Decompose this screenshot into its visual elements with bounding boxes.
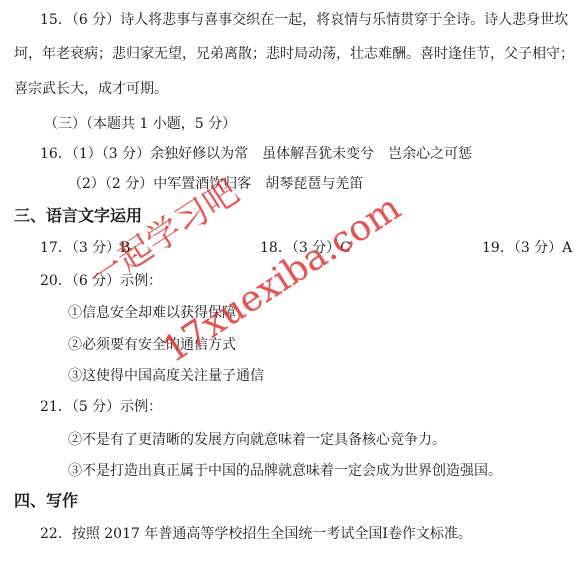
q20-label: 20．（6 分）示例： bbox=[40, 272, 162, 290]
q21-label: 21．（5 分）示例： bbox=[40, 398, 162, 416]
q21-item-2: ③不是打造出真正属于中国的品牌就意味着一定会成为世界创造强国。 bbox=[68, 462, 502, 480]
q18-answer: 18．（3 分）C bbox=[260, 239, 351, 257]
q16-part2-label: （2）（2 分） bbox=[68, 176, 153, 192]
q16-part1-answer-a: 余独好修以为常 bbox=[150, 146, 248, 162]
q21-item-1: ②不是有了更清晰的发展方向就意味着一定具备核心竞争力。 bbox=[68, 431, 446, 449]
q16-part1-label: 16．（1）（3 分） bbox=[40, 146, 150, 162]
q15-line-2: 坷，年老衰病；悲归家无望，兄弟离散；悲时局动荡，壮志难酬。喜时逢佳节，父子相守； bbox=[14, 45, 574, 63]
section3-title: 三、语言文字运用 bbox=[14, 206, 142, 226]
q16-part1-answer-b: 虽体解吾犹未变兮 bbox=[262, 146, 374, 162]
q16-part1: 16．（1）（3 分）余独好修以为常虽体解吾犹未变兮岂余心之可惩 bbox=[40, 145, 472, 163]
q20-item-2: ②必须要有安全的通信方式 bbox=[68, 336, 236, 354]
q16-part2-answer-b: 胡琴琵琶与羌笛 bbox=[265, 176, 363, 192]
q15-line-3: 喜宗武长大，成才可期。 bbox=[14, 80, 168, 98]
q16-part2-answer-a: 中军置酒饮归客 bbox=[153, 176, 251, 192]
section4-title: 四、写作 bbox=[14, 491, 78, 511]
q20-item-3: ③这使得中国高度关注量子通信 bbox=[68, 367, 264, 385]
q20-item-1: ①信息安全却难以获得保障 bbox=[68, 304, 236, 322]
q15-line-1: 15．（6 分）诗人将悲事与喜事交织在一起，将哀情与乐情贯穿于全诗。诗人悲身世坎 bbox=[40, 11, 568, 29]
q16-part1-answer-c: 岂余心之可惩 bbox=[388, 146, 472, 162]
q19-answer: 19．（3 分）A bbox=[482, 239, 572, 257]
q22-answer: 22．按照 2017 年普通高等学校招生全国统一考试全国Ⅰ卷作文标准。 bbox=[40, 525, 472, 543]
part3-heading: （三）（本题共 1 小题，5 分） bbox=[44, 115, 236, 133]
q17-answer: 17．（3 分）B bbox=[40, 239, 130, 257]
q16-part2: （2）（2 分）中军置酒饮归客胡琴琵琶与羌笛 bbox=[68, 175, 363, 193]
